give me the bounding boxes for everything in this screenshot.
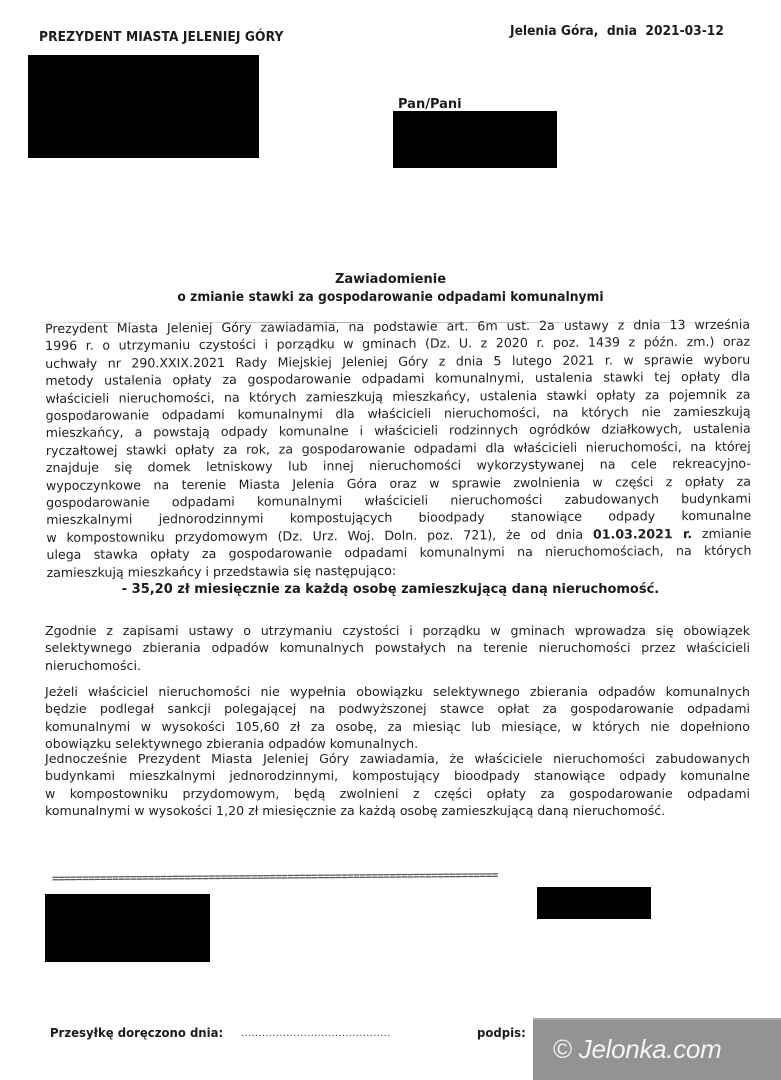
text-line: selektywnego zbierania odpadów komunalny… xyxy=(45,639,750,656)
text-line: będzie podlegał sankcji polegającej na p… xyxy=(45,700,750,717)
text-fragment: w kompostowniku przydomowym (Dz. Urz. Wo… xyxy=(46,527,593,545)
redacted-bottom-right xyxy=(537,887,651,919)
watermark-text: © Jelonka.com xyxy=(553,1034,721,1065)
redacted-sender-address xyxy=(28,55,259,158)
redacted-recipient-address xyxy=(393,111,557,168)
text-line: zamieszkują mieszkańcy i przedstawia się… xyxy=(46,559,751,581)
copyright-icon: © xyxy=(553,1034,572,1064)
watermark-brand: Jelonka.com xyxy=(572,1034,722,1064)
paragraph-composting-exemption: Jednocześnie Prezydent Miasta Jeleniej G… xyxy=(45,750,750,820)
document-title: Zawiadomienie xyxy=(0,272,781,287)
recipient-label: Pan/Pani xyxy=(398,97,462,112)
text-line: nieruchomości. xyxy=(45,657,750,674)
sender-heading: PREZYDENT MIASTA JELENIEJ GÓRY xyxy=(39,30,283,45)
delivery-date-field: ........................................… xyxy=(241,1028,391,1039)
text-fragment: zmianie xyxy=(692,526,751,541)
text-line: komunalnymi w wysokości 105,60 zł za oso… xyxy=(45,718,750,735)
place-and-date: Jelenia Góra, dnia 2021-03-12 xyxy=(510,24,724,39)
effective-date: 01.03.2021 r. xyxy=(593,526,692,542)
new-rate-line: - 35,20 zł miesięcznie za każdą osobę za… xyxy=(0,582,781,597)
paragraph-selective-collection: Zgodnie z zapisami ustawy o utrzymaniu c… xyxy=(45,622,750,674)
paragraph-sanction: Jeżeli właściciel nieruchomości nie wype… xyxy=(45,683,750,753)
signature-label: podpis: xyxy=(477,1026,526,1040)
document-subtitle: o zmianie stawki za gospodarowanie odpad… xyxy=(20,290,762,305)
delivery-date-label: Przesyłkę doręczono dnia: xyxy=(50,1026,223,1040)
text-line: budynkami mieszkalnymi jednorodzinnymi, … xyxy=(45,767,750,784)
text-line: w kompostowniku przydomowym, będą zwolni… xyxy=(45,785,750,802)
text-line: Jednocześnie Prezydent Miasta Jeleniej G… xyxy=(45,750,750,767)
text-line: komunalnymi w wysokości 1,20 zł miesięcz… xyxy=(45,802,750,819)
double-dash-separator: ========================================… xyxy=(52,867,752,885)
redacted-bottom-left xyxy=(45,894,210,962)
text-line: Zgodnie z zapisami ustawy o utrzymaniu c… xyxy=(45,622,750,639)
watermark: © Jelonka.com xyxy=(533,1018,781,1080)
paragraph-notice: Prezydent Miasta Jeleniej Góry zawiadami… xyxy=(45,316,752,581)
text-line: Jeżeli właściciel nieruchomości nie wype… xyxy=(45,683,750,700)
